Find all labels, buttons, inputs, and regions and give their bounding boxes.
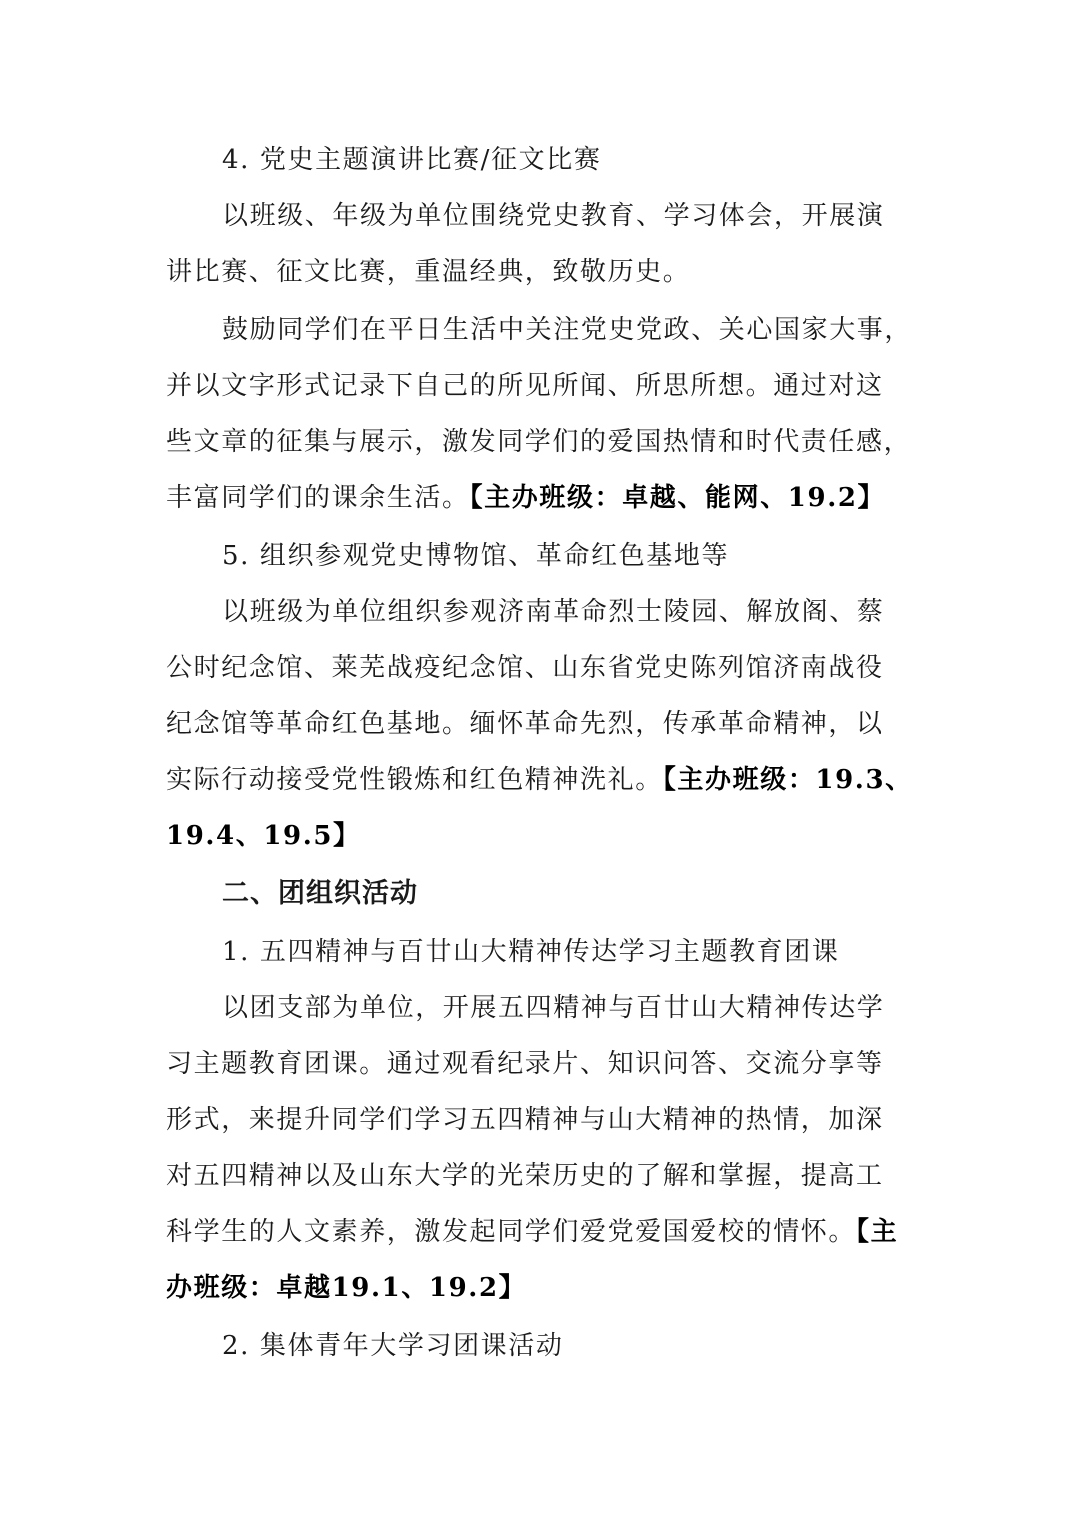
section-heading: 二、团组织活动 [222, 874, 418, 914]
text-line: 以班级为单位组织参观济南革命烈士陵园、解放阁、蔡 [222, 592, 884, 632]
text-line: 公时纪念馆、莱芜战疫纪念馆、山东省党史陈列馆济南战役 [166, 648, 884, 688]
line-text: 2. 集体青年大学习团课活动 [222, 1331, 563, 1361]
line-text: 5. 组织参观党史博物馆、革命红色基地等 [222, 541, 729, 571]
text-line: 实际行动接受党性锻炼和红色精神洗礼。【主办班级：19.3、 [166, 760, 913, 800]
line-text: 些文章的征集与展示，激发同学们的爱国热情和时代责任感， [166, 427, 911, 457]
line-text: 公时纪念馆、莱芜战疫纪念馆、山东省党史陈列馆济南战役 [166, 653, 884, 683]
text-line: 形式，来提升同学们学习五四精神与山大精神的热情，加深 [166, 1100, 884, 1140]
line-text: 形式，来提升同学们学习五四精神与山大精神的热情，加深 [166, 1105, 884, 1135]
text-line: 4. 党史主题演讲比赛/征文比赛 [222, 140, 601, 180]
text-line: 丰富同学们的课余生活。【主办班级：卓越、能网、19.2】 [166, 478, 885, 518]
text-line: 办班级：卓越19.1、19.2】 [166, 1268, 526, 1308]
line-text: 以班级为单位组织参观济南革命烈士陵园、解放阁、蔡 [222, 597, 884, 627]
text-line: 对五四精神以及山东大学的光荣历史的了解和掌握，提高工 [166, 1156, 884, 1196]
line-text: 并以文字形式记录下自己的所见所闻、所思所想。通过对这 [166, 371, 884, 401]
line-text: 讲比赛、征文比赛，重温经典，致敬历史。 [166, 257, 690, 287]
organizer-note: 【主 [856, 1217, 898, 1247]
organizer-note: 19.4、19.5】 [166, 821, 361, 851]
text-line: 科学生的人文素养，激发起同学们爱党爱国爱校的情怀。【主 [166, 1212, 898, 1252]
text-line: 19.4、19.5】 [166, 816, 361, 856]
line-text: 纪念馆等革命红色基地。缅怀革命先烈，传承革命精神，以 [166, 709, 884, 739]
organizer-note: 【主办班级：卓越、能网、19.2】 [470, 483, 886, 513]
line-text: 实际行动接受党性锻炼和红色精神洗礼。 [166, 765, 663, 795]
line-text: 丰富同学们的课余生活。 [166, 483, 470, 513]
text-line: 鼓励同学们在平日生活中关注党史党政、关心国家大事， [222, 310, 912, 350]
text-line: 纪念馆等革命红色基地。缅怀革命先烈，传承革命精神，以 [166, 704, 884, 744]
line-text: 以班级、年级为单位围绕党史教育、学习体会，开展演 [222, 201, 884, 231]
line-text: 以团支部为单位，开展五四精神与百廿山大精神传达学 [222, 993, 884, 1023]
line-text: 对五四精神以及山东大学的光荣历史的了解和掌握，提高工 [166, 1161, 884, 1191]
text-line: 些文章的征集与展示，激发同学们的爱国热情和时代责任感， [166, 422, 911, 462]
organizer-note: 【主办班级：19.3、 [663, 765, 913, 795]
text-line: 并以文字形式记录下自己的所见所闻、所思所想。通过对这 [166, 366, 884, 406]
organizer-note: 办班级：卓越19.1、19.2】 [166, 1273, 526, 1303]
line-text: 习主题教育团课。通过观看纪录片、知识问答、交流分享等 [166, 1049, 884, 1079]
document-page: 4. 党史主题演讲比赛/征文比赛以班级、年级为单位围绕党史教育、学习体会，开展演… [0, 0, 1080, 1528]
line-text: 4. 党史主题演讲比赛/征文比赛 [222, 145, 601, 175]
text-line: 5. 组织参观党史博物馆、革命红色基地等 [222, 536, 729, 576]
line-text: 二、团组织活动 [222, 878, 418, 909]
line-text: 鼓励同学们在平日生活中关注党史党政、关心国家大事， [222, 315, 912, 345]
line-text: 科学生的人文素养，激发起同学们爱党爱国爱校的情怀。 [166, 1217, 856, 1247]
text-line: 2. 集体青年大学习团课活动 [222, 1326, 563, 1366]
text-line: 讲比赛、征文比赛，重温经典，致敬历史。 [166, 252, 690, 292]
line-text: 1. 五四精神与百廿山大精神传达学习主题教育团课 [222, 937, 839, 967]
text-line: 以团支部为单位，开展五四精神与百廿山大精神传达学 [222, 988, 884, 1028]
text-line: 1. 五四精神与百廿山大精神传达学习主题教育团课 [222, 932, 839, 972]
text-line: 习主题教育团课。通过观看纪录片、知识问答、交流分享等 [166, 1044, 884, 1084]
text-line: 以班级、年级为单位围绕党史教育、学习体会，开展演 [222, 196, 884, 236]
